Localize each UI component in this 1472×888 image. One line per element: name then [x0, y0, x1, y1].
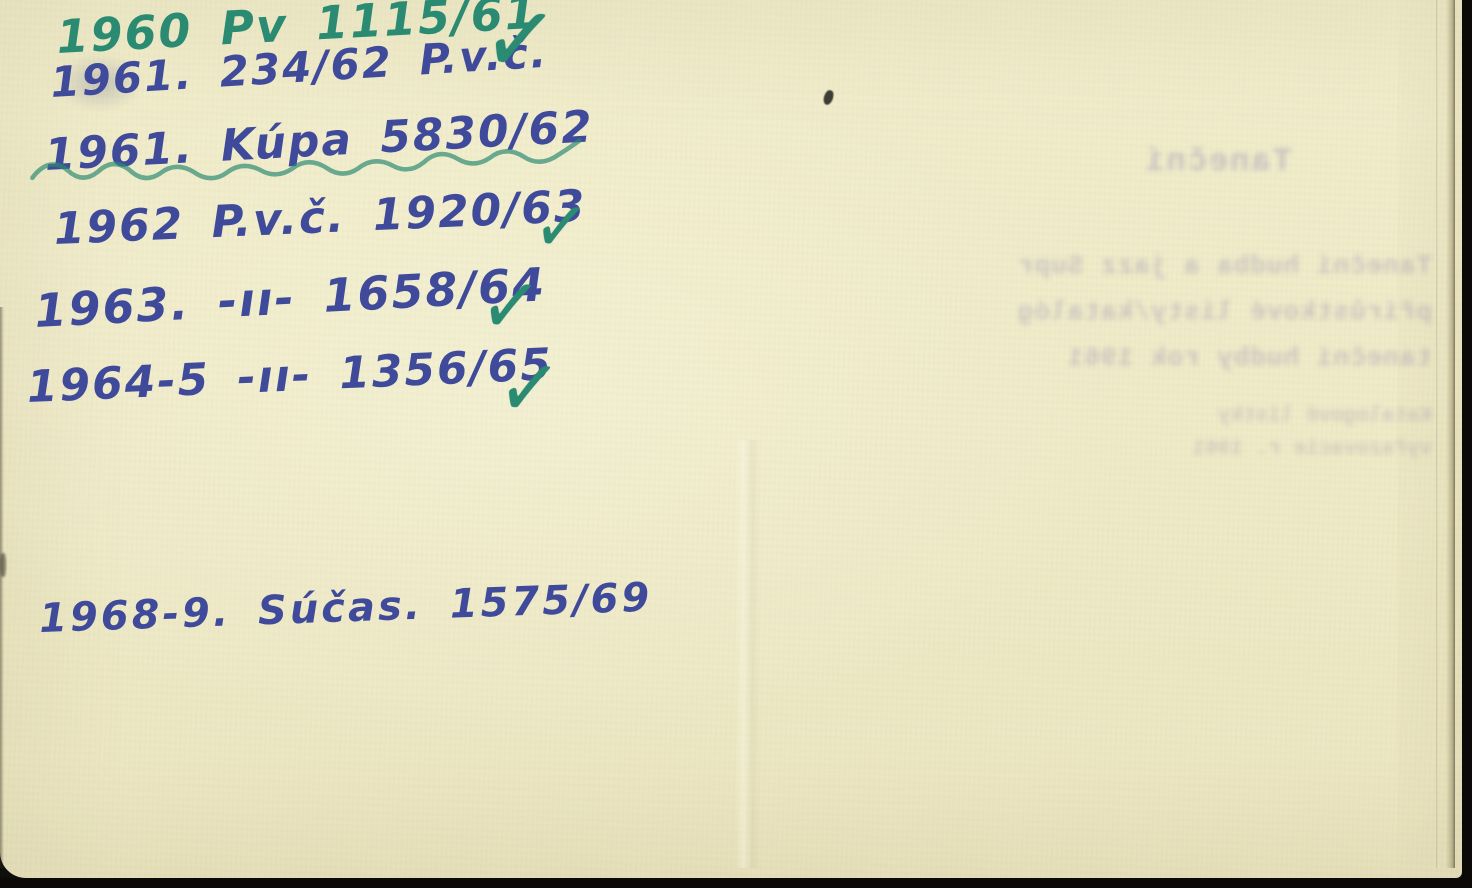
- vertical-crease: [735, 440, 761, 868]
- handwriting-entry-1963: 1963. -ıı- 1658/64: [33, 257, 547, 338]
- checkmark-icon: ✓: [494, 342, 565, 434]
- bleedthrough-line: taneční hudby rok 1961: [1032, 335, 1432, 381]
- ink-speck: [822, 89, 834, 106]
- card-edge-left: [0, 307, 4, 868]
- paper: Taneční Taneční hudba a jazz Supr přírůs…: [0, 0, 1462, 878]
- bleedthrough-line: Taneční hudba a jazz Supr: [1032, 243, 1432, 289]
- scanned-card: Taneční Taneční hudba a jazz Supr přírůs…: [0, 0, 1472, 888]
- bleedthrough-block: Taneční hudba a jazz Supr přírůstkové li…: [1032, 243, 1432, 381]
- card-edge-right: [1446, 0, 1455, 868]
- bleedthrough-line: Katalogové lístky: [1232, 400, 1432, 433]
- handwriting-entry-1968-9: 1968-9. Súčas. 1575/69: [38, 575, 653, 642]
- vertical-crease: [1436, 0, 1439, 868]
- checkmark-icon: ✓: [530, 187, 592, 268]
- bleedthrough-side-block: Katalogové lístky vyřazovacie r. 1961: [1232, 400, 1432, 466]
- handwriting-entry-1964-5: 1964-5 -ıı- 1356/65: [26, 339, 554, 413]
- bleedthrough-heading: Taneční: [1095, 143, 1340, 180]
- bleedthrough-line: vyřazovacie r. 1961: [1232, 433, 1432, 466]
- checkmark-icon: ✓: [477, 0, 563, 95]
- bleedthrough-line: přírůstkové listy/katalóg: [1032, 289, 1432, 335]
